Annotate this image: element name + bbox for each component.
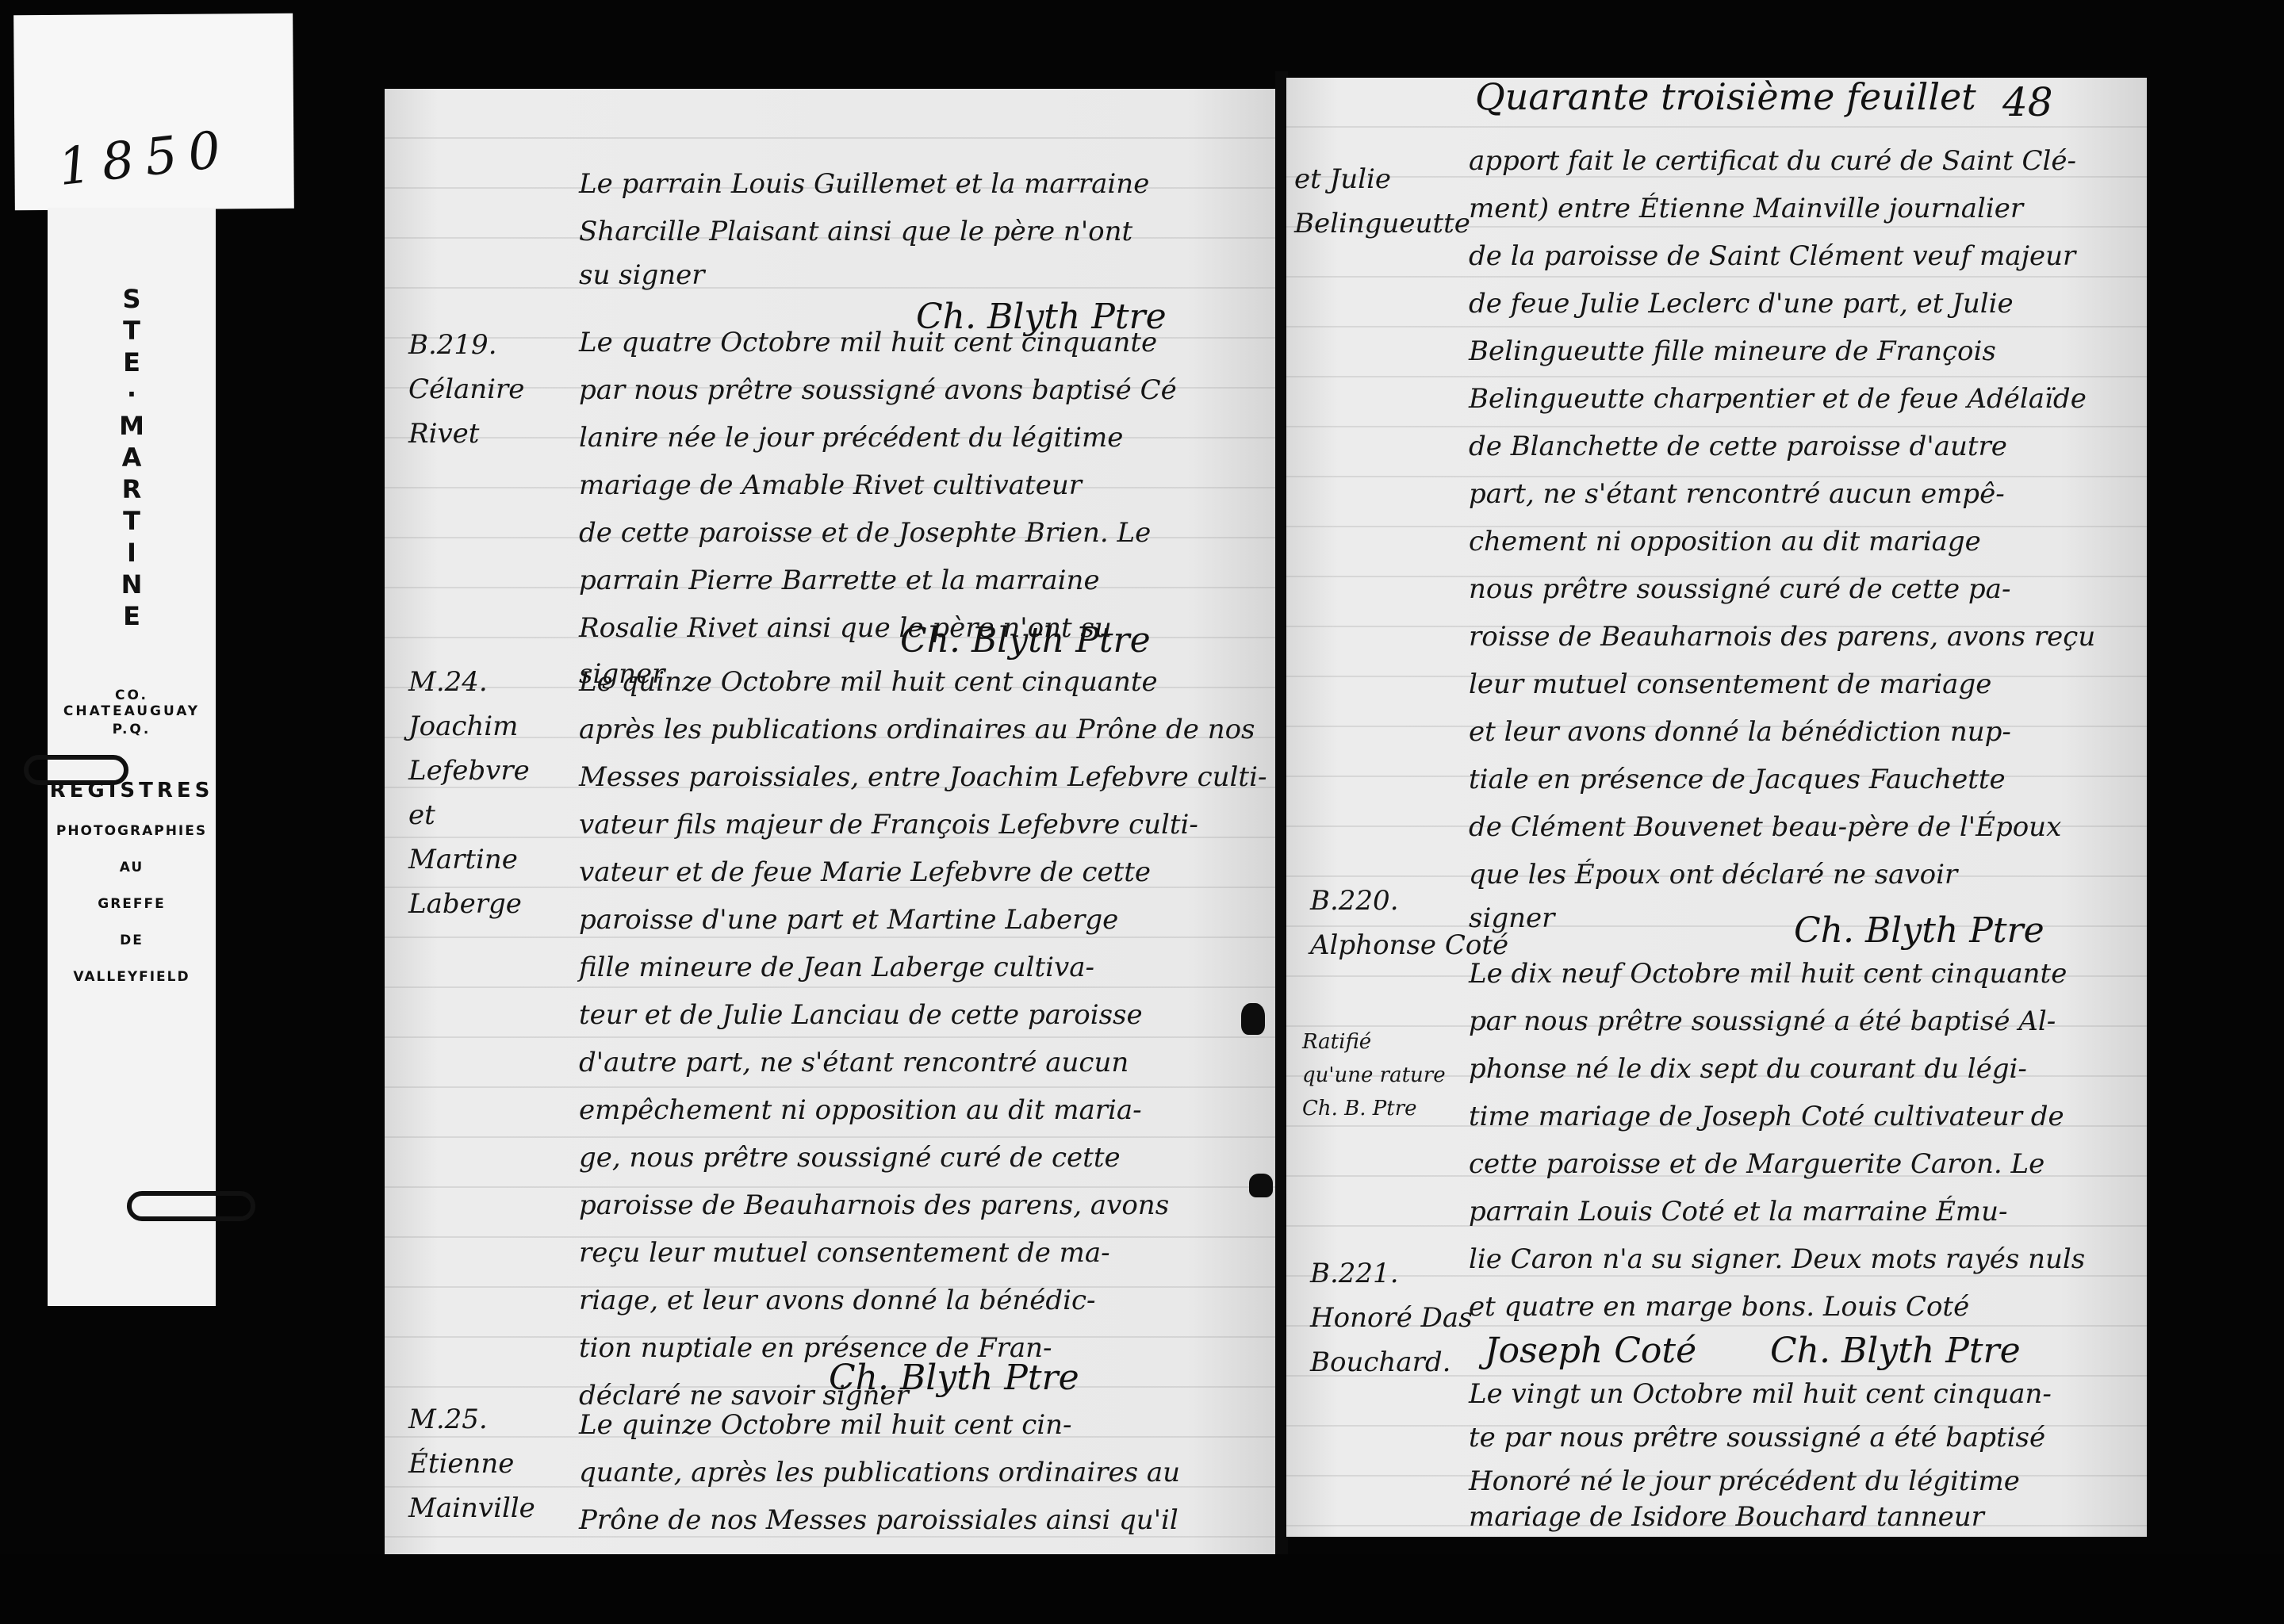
entry-name: Étienne bbox=[408, 1442, 535, 1486]
parish-letter: E bbox=[48, 600, 216, 632]
text-line: lie Caron n'a su signer. Deux mots rayés… bbox=[1469, 1243, 2085, 1275]
margin-entry-continued: et Julie Belingueutte bbox=[1294, 157, 1470, 246]
left-page: Le parrain Louis Guillemet et la marrain… bbox=[385, 89, 1277, 1556]
entry-name: Célanire bbox=[408, 367, 524, 412]
text-line: part, ne s'étant rencontré aucun empê- bbox=[1469, 478, 2005, 510]
parish-letter: S bbox=[48, 283, 216, 315]
text-line: Le dix neuf Octobre mil huit cent cinqua… bbox=[1469, 958, 2067, 990]
parish-letter: R bbox=[48, 473, 216, 505]
parish-letter: N bbox=[48, 569, 216, 600]
text-line: tiale en présence de Jacques Fauchette bbox=[1469, 764, 2006, 795]
text-line: Messes paroissiales, entre Joachim Lefeb… bbox=[579, 761, 1267, 793]
archive-line: DE bbox=[48, 933, 216, 948]
margin-entry-b221: B.221. Honoré Das Bouchard. bbox=[1310, 1251, 1473, 1385]
entry-name: et bbox=[408, 793, 530, 837]
text-line: parrain Louis Coté et la marraine Ému- bbox=[1469, 1196, 2008, 1228]
entry-name: Martine bbox=[408, 837, 530, 882]
entry-name: Belingueutte bbox=[1294, 201, 1470, 246]
text-line: vateur fils majeur de François Lefebvre … bbox=[579, 809, 1198, 841]
entry-name: et Julie bbox=[1294, 157, 1470, 201]
page-header-title: Quarante troisième feuillet bbox=[1475, 75, 1976, 118]
entry-name: Bouchard. bbox=[1310, 1340, 1473, 1385]
parish-letter: M bbox=[48, 410, 216, 442]
archive-line: GREFFE bbox=[48, 896, 216, 912]
text-line: mariage de Isidore Bouchard tanneur bbox=[1469, 1501, 1984, 1533]
archive-line: VALLEYFIELD bbox=[48, 969, 216, 985]
text-line: ge, nous prêtre soussigné curé de cette bbox=[579, 1142, 1121, 1174]
priest-signature: Ch. Blyth Ptre bbox=[829, 1358, 1079, 1398]
text-line: Belingueutte charpentier et de feue Adél… bbox=[1469, 383, 2087, 415]
text-line: lanire née le jour précédent du légitime bbox=[579, 422, 1123, 454]
text-line: de la paroisse de Saint Clément veuf maj… bbox=[1469, 240, 2075, 272]
entry-name: Rivet bbox=[408, 412, 524, 456]
text-line: fille mineure de Jean Laberge cultiva- bbox=[579, 952, 1094, 983]
entry-number: B.221. bbox=[1310, 1251, 1473, 1296]
text-line: chement ni opposition au dit mariage bbox=[1469, 526, 1981, 557]
text-line: quante, après les publications ordinaire… bbox=[579, 1457, 1180, 1488]
text-line: su signer bbox=[579, 259, 705, 291]
text-line: Le quinze Octobre mil huit cent cin- bbox=[579, 1409, 1072, 1441]
text-line: Sharcille Plaisant ainsi que le père n'o… bbox=[579, 216, 1132, 247]
book-shadow bbox=[0, 1554, 2284, 1624]
entry-number: B.219. bbox=[408, 323, 524, 367]
parish-label-strip: S T E · M A R T I N E CO. CHATEAUGUAY P.… bbox=[48, 208, 216, 1306]
margin-entry-m25: M.25. Étienne Mainville bbox=[408, 1397, 535, 1530]
entry-name: Honoré Das bbox=[1310, 1296, 1473, 1340]
text-line: roisse de Beauharnois des parens, avons … bbox=[1469, 621, 2095, 653]
text-line: Le parrain Louis Guillemet et la marrain… bbox=[579, 168, 1149, 200]
text-line: vateur et de feue Marie Lefebvre de cett… bbox=[579, 856, 1151, 888]
text-line: teur et de Julie Lanciau de cette parois… bbox=[579, 999, 1143, 1031]
margin-note: Ratifié qu'une rature Ch. B. Ptre bbox=[1302, 1025, 1446, 1125]
text-line: paroisse de Beauharnois des parens, avon… bbox=[579, 1189, 1169, 1221]
folio-number: 48 bbox=[2002, 79, 2053, 125]
archive-line: AU bbox=[48, 860, 216, 875]
text-line: apport fait le certificat du curé de Sai… bbox=[1469, 145, 2076, 177]
text-line: reçu leur mutuel consentement de ma- bbox=[579, 1237, 1110, 1269]
text-line: de Clément Bouvenet beau-père de l'Époux bbox=[1469, 811, 2061, 843]
text-line: leur mutuel consentement de mariage bbox=[1469, 668, 1991, 700]
parish-letter: T bbox=[48, 315, 216, 347]
priest-signature: Ch. Blyth Ptre bbox=[1770, 1331, 2021, 1371]
entry-number: M.25. bbox=[408, 1397, 535, 1442]
parish-letter: · bbox=[48, 378, 216, 410]
text-line: Le vingt un Octobre mil huit cent cinqua… bbox=[1469, 1378, 2052, 1410]
text-line: et quatre en marge bons. Louis Coté bbox=[1469, 1291, 1969, 1323]
binding-clasp-icon bbox=[1241, 1003, 1265, 1035]
parish-letter: A bbox=[48, 442, 216, 473]
text-line: d'autre part, ne s'étant rencontré aucun bbox=[579, 1047, 1129, 1078]
entry-name: Mainville bbox=[408, 1486, 535, 1530]
archive-line: PHOTOGRAPHIES bbox=[48, 823, 216, 839]
text-line: Le quatre Octobre mil huit cent cinquant… bbox=[579, 327, 1157, 358]
note-line: Ch. B. Ptre bbox=[1302, 1092, 1446, 1125]
text-line: phonse né le dix sept du courant du légi… bbox=[1469, 1053, 2027, 1085]
parish-letter: T bbox=[48, 505, 216, 537]
year-label-card: 1850 bbox=[13, 13, 294, 210]
binding-clasp-icon bbox=[1249, 1174, 1273, 1197]
text-line: parrain Pierre Barrette et la marraine bbox=[579, 565, 1100, 596]
entry-name: Joachim bbox=[408, 704, 530, 749]
margin-entry-b219: B.219. Célanire Rivet bbox=[408, 323, 524, 456]
paper-clip-icon bbox=[127, 1191, 255, 1221]
text-line: par nous prêtre soussigné a été baptisé … bbox=[1469, 1005, 2056, 1037]
county-label: CO. CHATEAUGUAY bbox=[48, 688, 216, 719]
right-page: et Julie Belingueutte apport fait le cer… bbox=[1286, 78, 2147, 1537]
text-line: Belingueutte fille mineure de François bbox=[1469, 335, 1996, 367]
province-label: P.Q. bbox=[48, 722, 216, 737]
witness-signature: Joseph Coté bbox=[1485, 1331, 1696, 1371]
year-label: 1850 bbox=[56, 120, 235, 197]
text-line: time mariage de Joseph Coté cultivateur … bbox=[1469, 1101, 2064, 1132]
note-line: qu'une rature bbox=[1302, 1059, 1446, 1092]
text-line: après les publications ordinaires au Prô… bbox=[579, 714, 1255, 745]
priest-signature: Ch. Blyth Ptre bbox=[900, 620, 1151, 661]
entry-number: M.24. bbox=[408, 660, 530, 704]
margin-entry-m24: M.24. Joachim Lefebvre et Martine Laberg… bbox=[408, 660, 530, 926]
text-line: mariage de Amable Rivet cultivateur bbox=[579, 469, 1082, 501]
parish-letter: E bbox=[48, 347, 216, 378]
text-line: Honoré né le jour précédent du légitime bbox=[1469, 1465, 2020, 1497]
parish-letter: I bbox=[48, 537, 216, 569]
text-line: de cette paroisse et de Josephte Brien. … bbox=[579, 517, 1151, 549]
entry-name: Lefebvre bbox=[408, 749, 530, 793]
text-line: et leur avons donné la bénédiction nup- bbox=[1469, 716, 2011, 748]
text-line: Le quinze Octobre mil huit cent cinquant… bbox=[579, 666, 1158, 698]
text-line: paroisse d'une part et Martine Laberge bbox=[579, 904, 1118, 936]
text-line: riage, et leur avons donné la bénédic- bbox=[579, 1285, 1096, 1316]
text-line: cette paroisse et de Marguerite Caron. L… bbox=[1469, 1148, 2044, 1180]
text-line: par nous prêtre soussigné avons baptisé … bbox=[579, 374, 1177, 406]
text-line: empêchement ni opposition au dit maria- bbox=[579, 1094, 1142, 1126]
archive-line: REGISTRES bbox=[48, 779, 216, 802]
text-line: ment) entre Étienne Mainville journalier bbox=[1469, 193, 2023, 224]
parish-name: S T E · M A R T I N E bbox=[48, 283, 216, 632]
text-line: de feue Julie Leclerc d'une part, et Jul… bbox=[1469, 288, 2014, 320]
text-line: de Blanchette de cette paroisse d'autre bbox=[1469, 431, 2007, 462]
note-line: Ratifié bbox=[1302, 1025, 1446, 1059]
entry-name: Laberge bbox=[408, 882, 530, 926]
text-line: Prône de nos Messes paroissiales ainsi q… bbox=[579, 1504, 1178, 1536]
text-line: nous prêtre soussigné curé de cette pa- bbox=[1469, 573, 2010, 605]
archive-label: REGISTRES PHOTOGRAPHIES AU GREFFE DE VAL… bbox=[48, 779, 216, 1005]
priest-signature: Ch. Blyth Ptre bbox=[1794, 910, 2044, 951]
text-line: te par nous prêtre soussigné a été bapti… bbox=[1469, 1422, 2045, 1454]
